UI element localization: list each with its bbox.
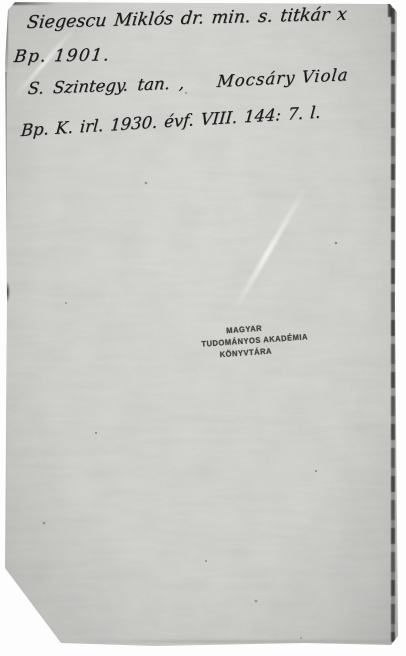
edge-shadow-bottom bbox=[55, 640, 395, 643]
scan-background: Siegescu Miklós dr. min. s. titkár x Bp.… bbox=[0, 0, 406, 656]
library-stamp: MAGYAR TUDOMÁNYOS AKADÉMIA KÖNYVTÁRA bbox=[200, 321, 290, 362]
edge-shadow-top bbox=[7, 2, 55, 5]
paper-specks bbox=[95, 432, 97, 434]
scan-vignette bbox=[5, 2, 399, 648]
annotation-line-2: Bp. 1901. bbox=[13, 45, 112, 67]
edge-shadow-left bbox=[5, 72, 7, 552]
edge-shadow-left bbox=[5, 2, 8, 80]
edge-shadow-right bbox=[391, 8, 395, 642]
ink-smudge-left-edge bbox=[1, 276, 12, 308]
paper-page: Siegescu Miklós dr. min. s. titkár x Bp.… bbox=[5, 2, 399, 648]
edge-mark-top-right bbox=[388, 3, 392, 17]
